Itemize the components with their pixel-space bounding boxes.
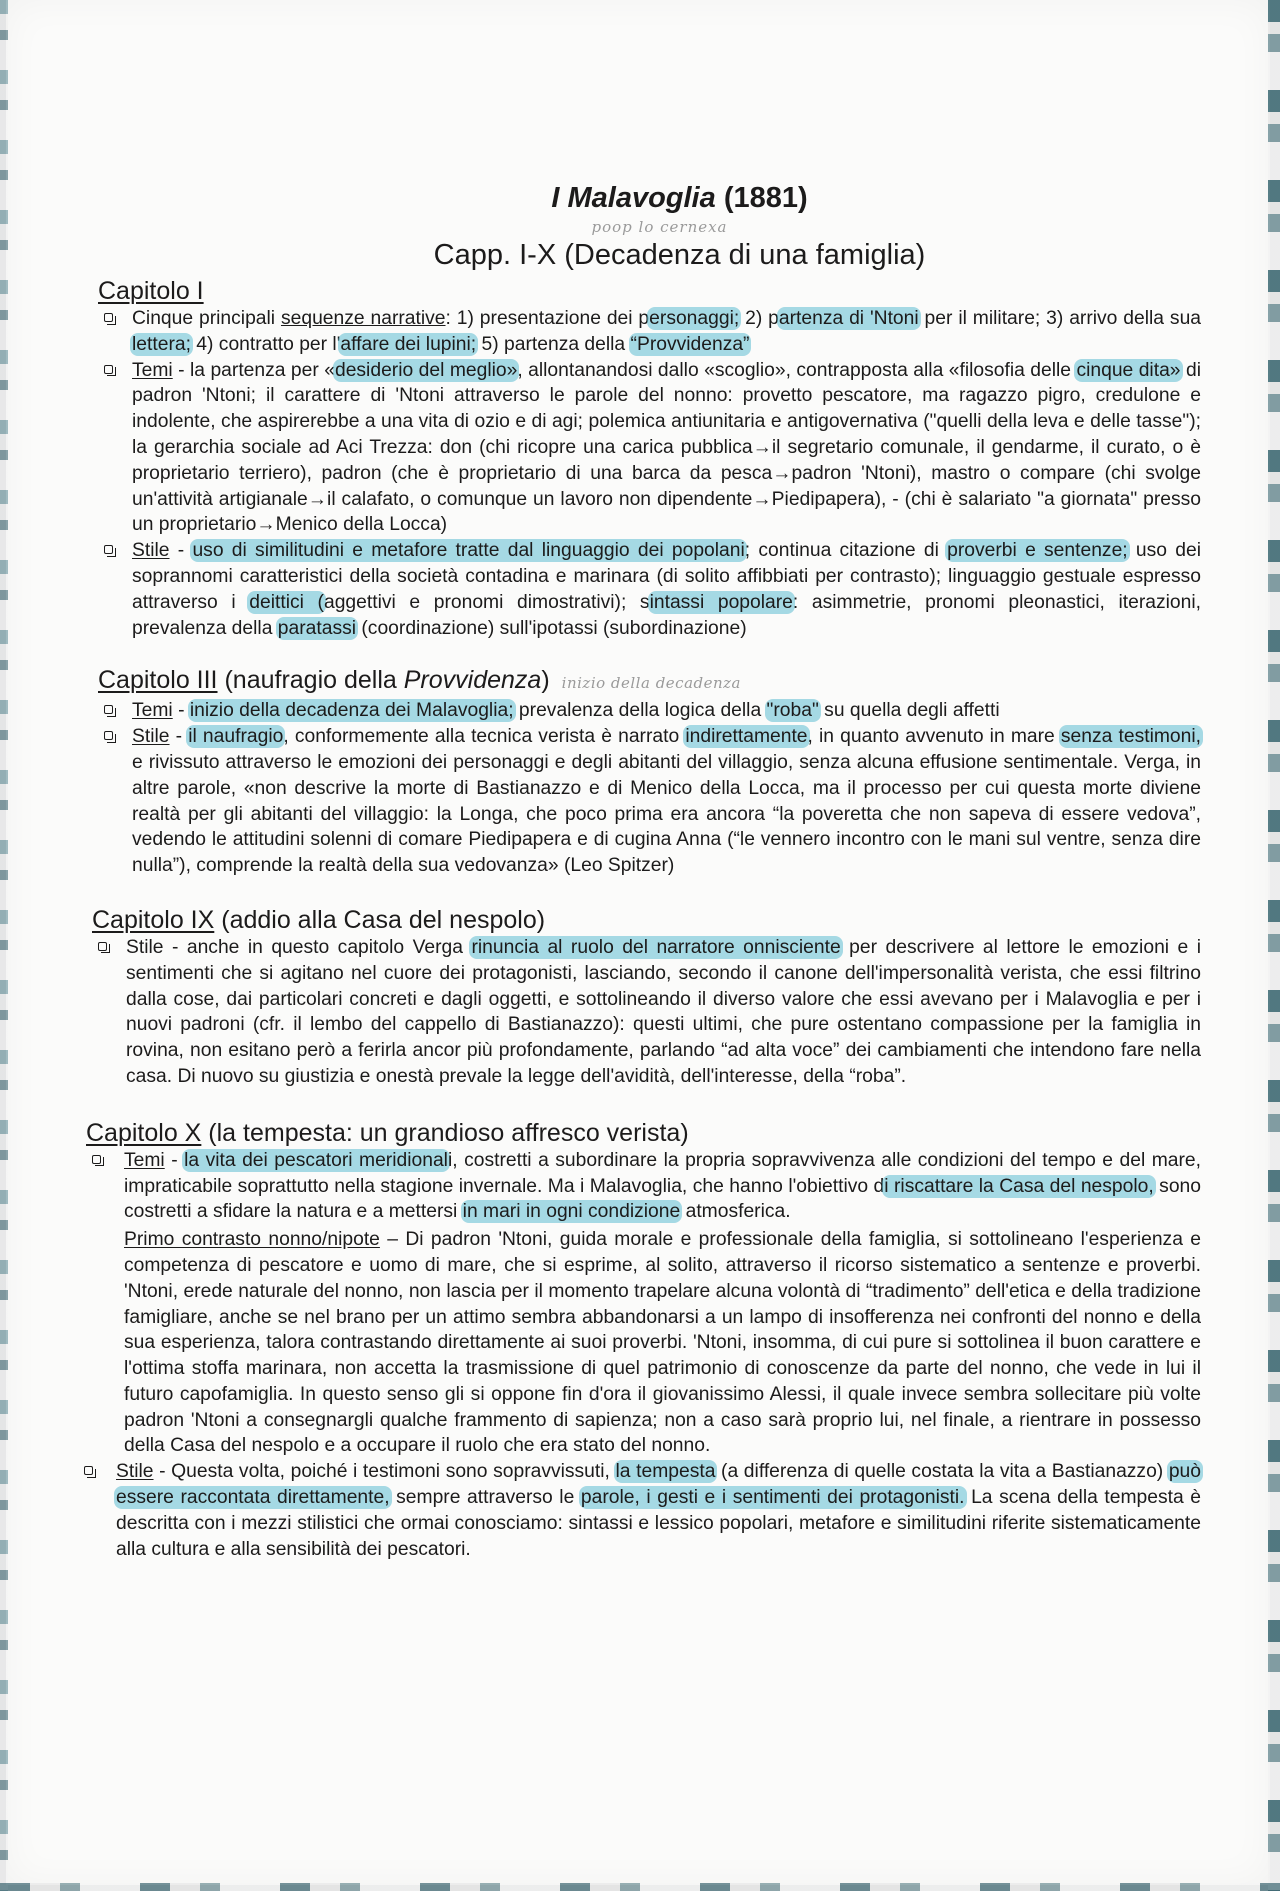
- checkbox-bullet-icon: [104, 705, 113, 714]
- body-text: e rivissuto attraverso le emozioni dei p…: [132, 752, 1201, 876]
- list-item: Temi - inizio della decadenza dei Malavo…: [98, 698, 1201, 724]
- highlighted-text: affare dei lupini;: [338, 333, 478, 356]
- section-capitolo-9: Capitolo IX (addio alla Casa del nespolo…: [92, 905, 1201, 1090]
- body-text: per il militare; 3) arrivo della sua: [919, 308, 1201, 329]
- body-text: di padron 'Ntoni; il carattere di 'Ntoni…: [132, 360, 1201, 536]
- body-text: Stile - anche in questo capitolo Verga: [126, 937, 471, 958]
- highlighted-text: i riscattare la Casa del nespolo,: [882, 1175, 1155, 1198]
- body-text: 2) p: [739, 308, 779, 329]
- highlighted-text: inizio della decadenza dei Malavoglia;: [188, 699, 516, 722]
- handwritten-note: inizio della decadenza: [562, 674, 741, 692]
- handwritten-note: poop lo cernexa: [98, 216, 1201, 238]
- body-text: : 1) presentazione dei p: [446, 308, 650, 329]
- body-text: (coordinazione) sull'ipotassi (subordina…: [356, 618, 747, 639]
- highlighted-text: "roba": [765, 699, 821, 722]
- highlighted-text: la vita dei pescatori meridional: [182, 1149, 450, 1172]
- highlighted-text: la tempesta: [614, 1460, 718, 1483]
- checkbox-bullet-icon: [92, 1155, 101, 1164]
- highlighted-text: uso di similitudini e metafore tratte da…: [190, 539, 746, 562]
- bullet-list: Cinque principali sequenze narrative: 1)…: [98, 306, 1201, 641]
- item-label: Temi: [132, 360, 173, 381]
- chapter-heading: Capitolo X (la tempesta: un grandioso af…: [86, 1118, 1201, 1148]
- list-item: Stile - il naufragio, conformemente alla…: [98, 724, 1201, 879]
- item-label: Stile: [132, 540, 170, 561]
- highlighted-text: parole, i gesti e i sentimenti dei prota…: [579, 1486, 967, 1509]
- highlighted-text: proverbi e sentenze;: [945, 539, 1130, 562]
- checkbox-bullet-icon: [104, 365, 113, 374]
- body-text: sempre attraverso le: [390, 1487, 581, 1508]
- section-capitolo-1: Capitolo I Cinque principali sequenze na…: [98, 276, 1201, 641]
- paragraph-label: Primo contrasto nonno/nipote: [124, 1229, 380, 1250]
- body-text: ; continua citazione di: [745, 540, 947, 561]
- highlighted-text: il naufragio: [186, 725, 285, 748]
- scan-edge-right: [1268, 0, 1280, 1891]
- body-text: - la partenza per «: [173, 360, 335, 381]
- scan-edge-left: [0, 0, 8, 1891]
- list-item: Stile - uso di similitudini e metafore t…: [98, 538, 1201, 641]
- underlined-text: sequenze narrative: [281, 308, 446, 329]
- bullet-list: Temi - inizio della decadenza dei Malavo…: [98, 698, 1201, 879]
- chapter-heading: Capitolo I: [98, 276, 1201, 306]
- scanned-page: I Malavoglia (1881) poop lo cernexa Capp…: [6, 0, 1270, 1885]
- highlighted-text: desiderio del meglio»: [333, 359, 519, 382]
- body-text: Cinque principali: [132, 308, 281, 329]
- section-capitolo-10: Capitolo X (la tempesta: un grandioso af…: [86, 1118, 1201, 1563]
- body-text: 4) contratto per l': [191, 334, 340, 355]
- highlighted-text: in mari in ogni condizione: [461, 1200, 683, 1223]
- body-text: atmosferica.: [680, 1201, 790, 1222]
- body-text: , allontanandosi dallo «scoglio», contra…: [517, 360, 1076, 381]
- bullet-list: Temi - la vita dei pescatori meridionali…: [86, 1148, 1201, 1225]
- body-text: aggettivi e pronomi dimostrativi); s: [324, 592, 650, 613]
- bullet-list: Stile - Questa volta, poiché i testimoni…: [78, 1459, 1201, 1562]
- body-text: -: [170, 540, 193, 561]
- document-title: I Malavoglia (1881): [98, 180, 1201, 216]
- list-item: Stile - Questa volta, poiché i testimoni…: [78, 1459, 1201, 1562]
- body-text: , conformemente alla tecnica verista è n…: [283, 726, 685, 747]
- highlighted-text: rinuncia al ruolo del narratore onniscie…: [469, 936, 842, 959]
- highlighted-text: artenza di 'Ntoni: [777, 307, 921, 330]
- body-text: su quella degli affetti: [819, 700, 1000, 721]
- highlighted-text: lettera;: [130, 333, 193, 356]
- checkbox-bullet-icon: [104, 313, 113, 322]
- item-label: Stile: [116, 1461, 154, 1482]
- highlighted-text: “Provvidenza”: [629, 333, 752, 356]
- body-text: per descrivere al lettore le emozioni e …: [126, 937, 1201, 1087]
- list-item: Stile - anche in questo capitolo Verga r…: [92, 935, 1201, 1090]
- body-text: 5) partenza della: [476, 334, 630, 355]
- body-text: , in quanto avvenuto in mare: [808, 726, 1061, 747]
- document-body: I Malavoglia (1881) poop lo cernexa Capp…: [98, 180, 1201, 1562]
- item-label: Temi: [124, 1150, 165, 1171]
- list-item: Temi - la partenza per «desiderio del me…: [98, 358, 1201, 539]
- checkbox-bullet-icon: [84, 1466, 93, 1475]
- highlighted-text: senza testimoni,: [1059, 725, 1203, 748]
- chapter-heading: Capitolo III (naufragio della Provvidenz…: [98, 665, 1201, 698]
- checkbox-bullet-icon: [104, 545, 113, 554]
- highlighted-text: intassi popolare: [648, 591, 795, 614]
- checkbox-bullet-icon: [104, 731, 113, 740]
- checkbox-bullet-icon: [98, 942, 107, 951]
- chapter-heading: Capitolo IX (addio alla Casa del nespolo…: [92, 905, 1201, 935]
- body-text: (a differenza di quelle costata la vita …: [715, 1461, 1168, 1482]
- highlighted-text: indirettamente: [683, 725, 809, 748]
- item-label: Stile: [132, 726, 170, 747]
- section-capitolo-3: Capitolo III (naufragio della Provvidenz…: [98, 665, 1201, 879]
- paragraph-contrasto: Primo contrasto nonno/nipote – Di padron…: [86, 1227, 1201, 1459]
- highlighted-text: ersonaggi;: [647, 307, 741, 330]
- bullet-list: Stile - anche in questo capitolo Verga r…: [92, 935, 1201, 1090]
- body-text: - Questa volta, poiché i testimoni sono …: [154, 1461, 616, 1482]
- list-item: Temi - la vita dei pescatori meridionali…: [86, 1148, 1201, 1225]
- list-item: Cinque principali sequenze narrative: 1)…: [98, 306, 1201, 358]
- title-year: (1881): [724, 182, 808, 214]
- document-subtitle: Capp. I-X (Decadenza di una famiglia): [98, 238, 1201, 272]
- item-label: Temi: [132, 700, 173, 721]
- highlighted-text: cinque dita»: [1074, 359, 1182, 382]
- body-text: prevalenza della logica della: [514, 700, 767, 721]
- title-work: I Malavoglia: [551, 182, 715, 214]
- highlighted-text: paratassi: [276, 617, 358, 640]
- highlighted-text: deittici (: [247, 591, 326, 614]
- scan-edge-bottom: [0, 1883, 1280, 1891]
